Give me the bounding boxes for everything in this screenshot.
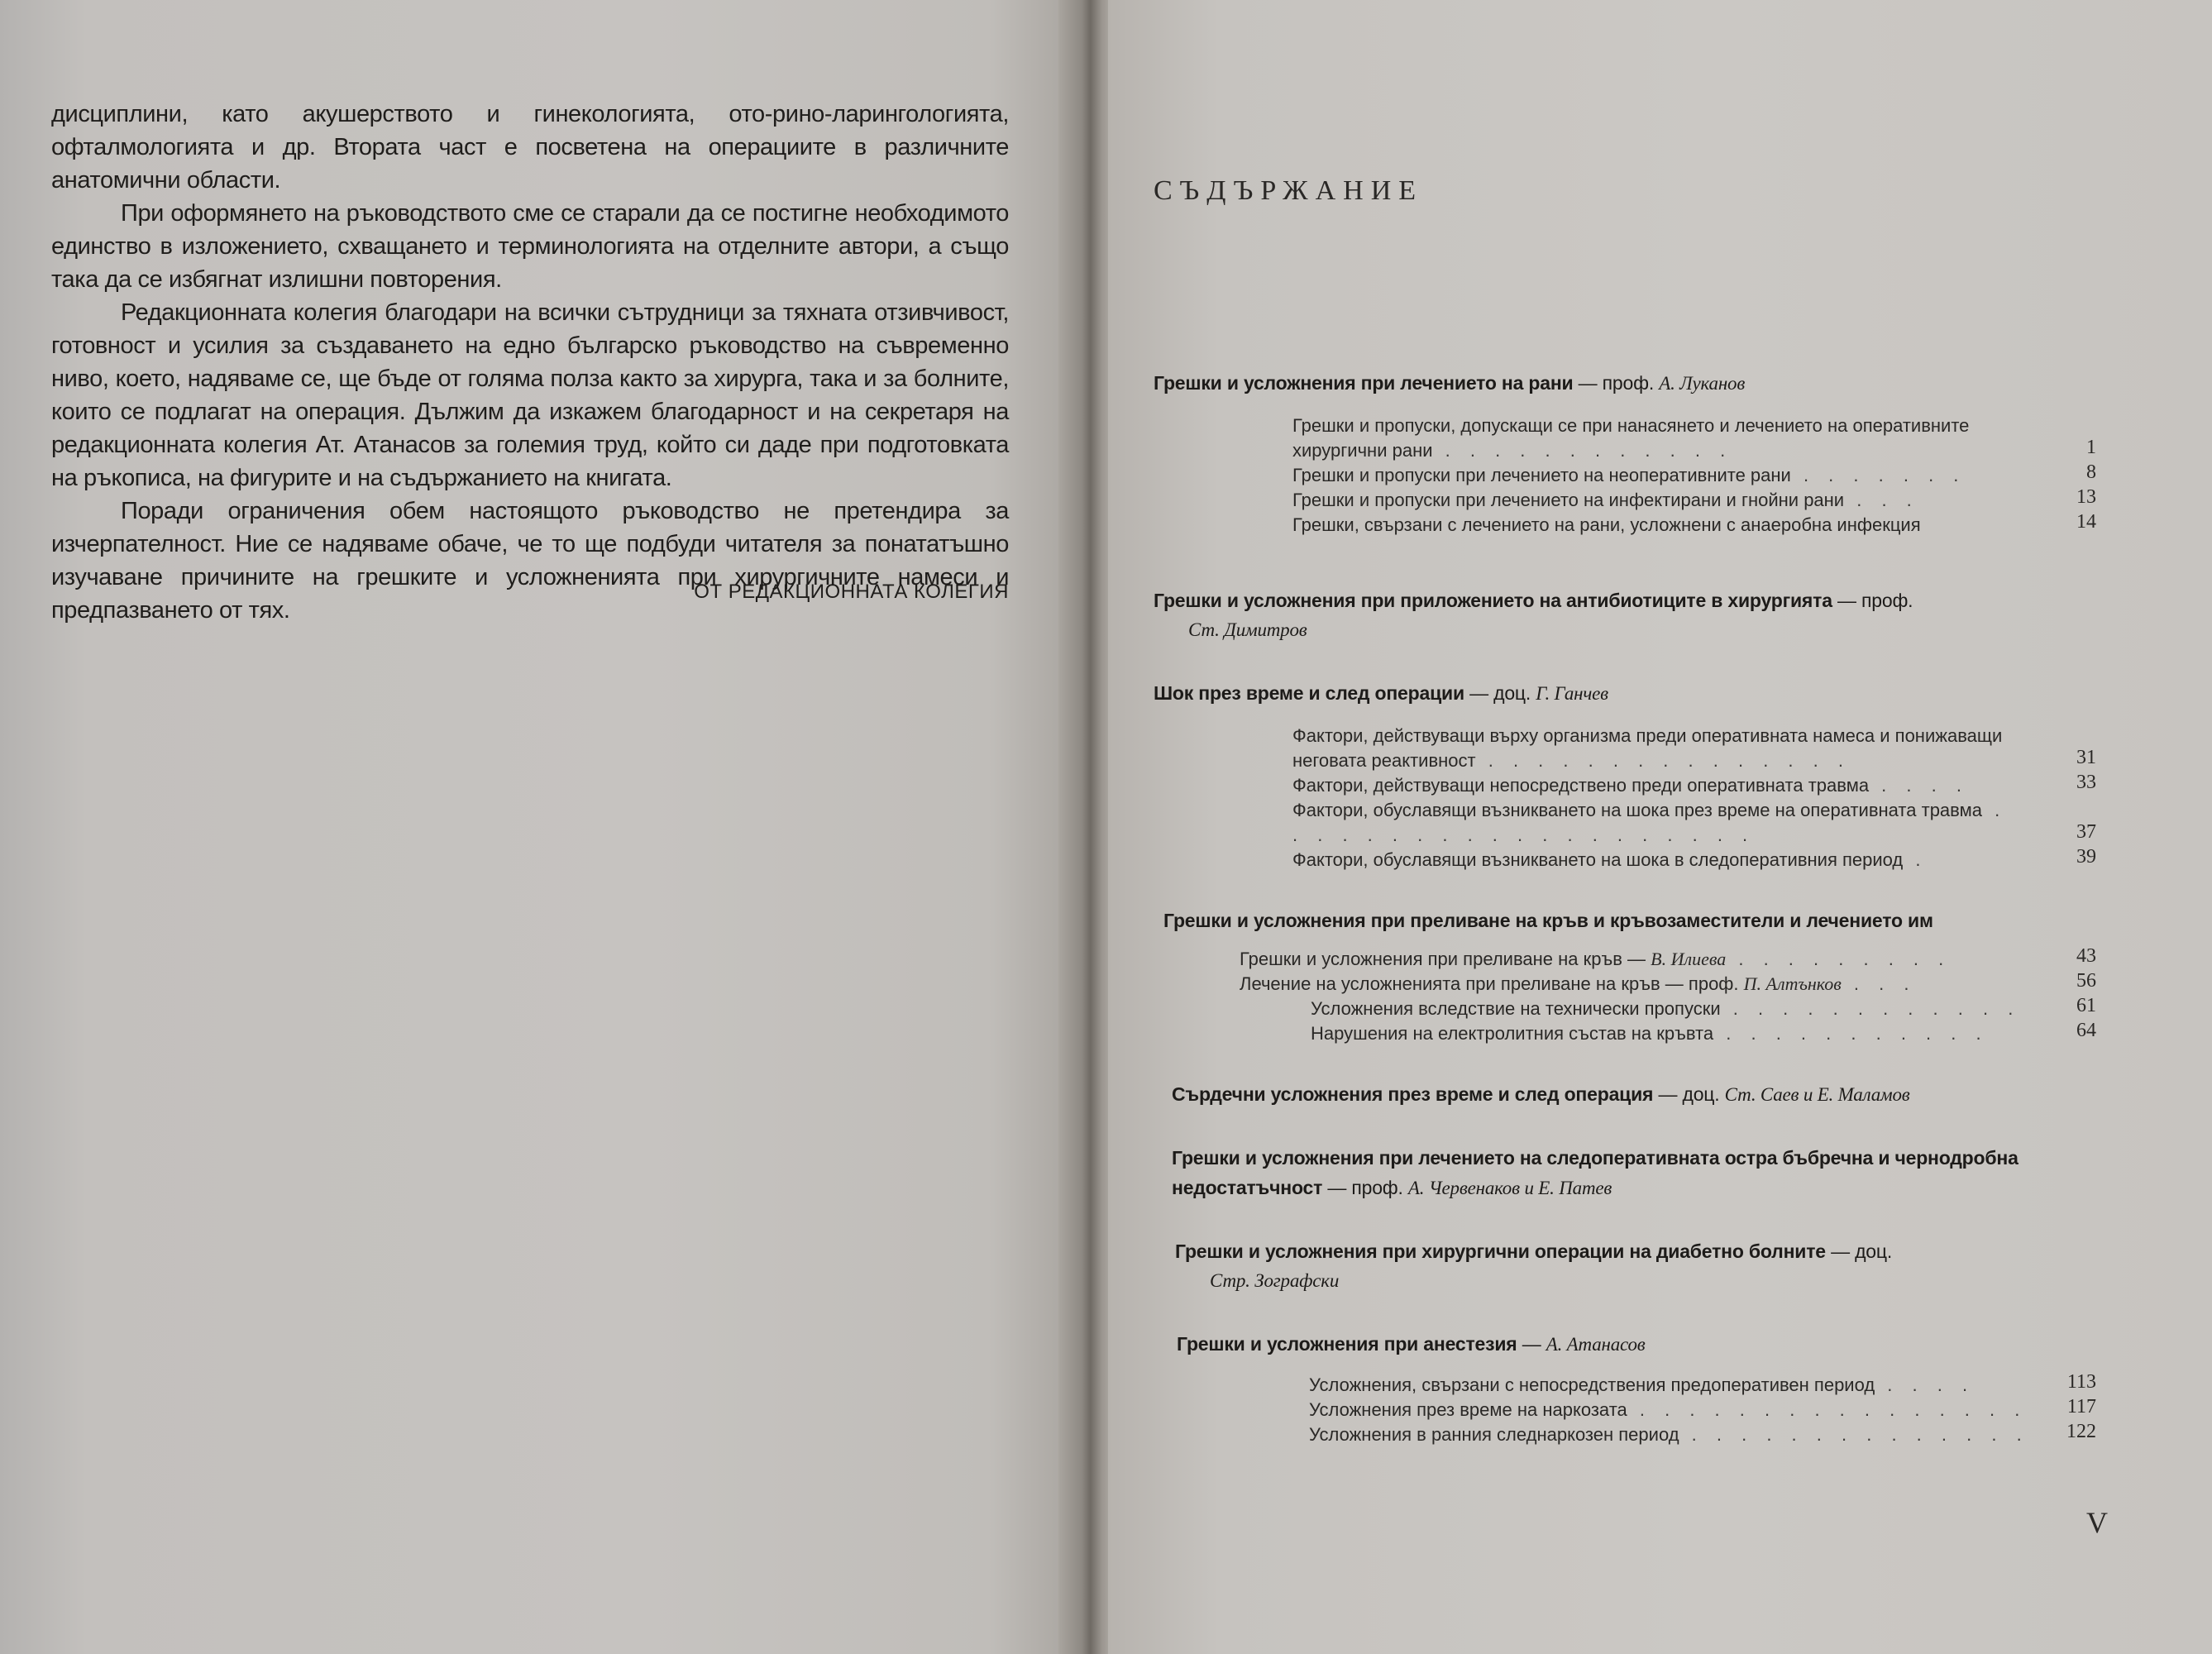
chapter-author: Ст. Саев и Е. Маламов xyxy=(1725,1084,1910,1105)
left-page: дисциплини, като акушерството и гинеколо… xyxy=(0,0,1075,1654)
toc-subentry: Усложнения в ранния следнаркозен период … xyxy=(1177,1422,2105,1447)
subentry-role: проф. xyxy=(1689,973,1739,994)
page-number: 33 xyxy=(2076,770,2096,795)
page-number: 13 xyxy=(2076,485,2096,509)
author-role: проф. xyxy=(1351,1177,1402,1198)
toc-subentry: Усложнения вследствие на технически проп… xyxy=(1163,997,2105,1021)
subentry-text: Грешки и пропуски при лечението на инфек… xyxy=(1292,490,1844,510)
subentry-text: Усложнения, свързани с непосредствения п… xyxy=(1309,1374,1875,1395)
toc-chapter: Грешки и усложнения при преливане на кръ… xyxy=(1154,906,2105,1046)
chapter-heading: Сърдечни усложнения през време и след оп… xyxy=(1172,1079,2105,1110)
toc-chapter: Сърдечни усложнения през време и след оп… xyxy=(1154,1079,2105,1110)
chapter-heading: Грешки и усложнения при преливане на кръ… xyxy=(1163,906,2105,935)
toc-chapter: Грешки и усложнения при лечението на ран… xyxy=(1154,368,2105,538)
preface-text: дисциплини, като акушерството и гинеколо… xyxy=(51,98,1009,627)
page-number: 14 xyxy=(2076,509,2096,534)
page-number: 39 xyxy=(2076,844,2096,869)
subentry-text: Усложнения в ранния следнаркозен период xyxy=(1309,1424,1679,1445)
chapter-heading: Грешки и усложнения при анестезия — А. А… xyxy=(1177,1329,2105,1360)
toc-chapter: Шок през време и след операции — доц. Г.… xyxy=(1154,678,2105,872)
toc-subentry: Усложнения през време на наркозата . . .… xyxy=(1177,1398,2105,1422)
toc-subentry: Грешки и усложнения при преливане на кръ… xyxy=(1163,947,2105,972)
chapter-title: Грешки и усложнения при преливане на кръ… xyxy=(1163,910,1933,931)
page-number: 37 xyxy=(2076,820,2096,844)
toc-subentry: Фактори, действуващи непосредствено пред… xyxy=(1154,773,2105,798)
toc-chapter: Грешки и усложнения при хирургични опера… xyxy=(1154,1236,2105,1296)
author-role: доц. xyxy=(1682,1083,1719,1105)
chapter-author: А. Атанасов xyxy=(1546,1334,1646,1355)
page-number: 61 xyxy=(2076,993,2096,1018)
toc-chapter: Грешки и усложнения при анестезия — А. А… xyxy=(1154,1329,2105,1447)
toc-subentry: Нарушения на електролитния състав на кръ… xyxy=(1163,1021,2105,1046)
toc-subentry: Усложнения, свързани с непосредствения п… xyxy=(1177,1373,2105,1398)
subentry-text: Грешки, свързани с лечението на рани, ус… xyxy=(1292,514,1921,535)
page-number: 31 xyxy=(2076,745,2096,770)
toc-subentry: Грешки и пропуски, допускащи се при нана… xyxy=(1154,413,2105,463)
editorial-signature: ОТ РЕДАКЦИОННАТА КОЛЕГИЯ xyxy=(51,581,1009,604)
subentry-author: В. Илиева xyxy=(1651,949,1726,969)
chapter-heading: Шок през време и след операции — доц. Г.… xyxy=(1154,678,2105,709)
subentry-text: Усложнения вследствие на технически проп… xyxy=(1311,998,1721,1019)
page-number: 8 xyxy=(2086,460,2096,485)
toc-subentry: Фактори, обуславящи възникването на шока… xyxy=(1154,798,2105,848)
page-number: 56 xyxy=(2076,968,2096,993)
author-role: проф. xyxy=(1861,590,1913,611)
toc-subentry: Грешки, свързани с лечението на рани, ус… xyxy=(1154,513,2105,538)
chapter-heading: Грешки и усложнения при приложението на … xyxy=(1154,586,2105,645)
page-number: 1 xyxy=(2086,435,2096,460)
page-number: 113 xyxy=(2067,1370,2096,1394)
subentry-text: Фактори, обуславящи възникването на шока… xyxy=(1292,800,1982,820)
chapter-author: Ст. Димитров xyxy=(1154,615,2105,645)
chapter-title: Грешки и усложнения при хирургични опера… xyxy=(1175,1240,1826,1262)
page-number: 117 xyxy=(2067,1394,2096,1419)
paragraph: Редакционната колегия благодари на всичк… xyxy=(51,296,1009,495)
author-role: доц. xyxy=(1493,682,1531,704)
table-of-contents: Грешки и усложнения при лечението на ран… xyxy=(1154,368,2105,1480)
page-number: 64 xyxy=(2076,1018,2096,1043)
subentry-text: Фактори, обуславящи възникването на шока… xyxy=(1292,849,1903,870)
subentry-author: П. Алтънков xyxy=(1744,973,1842,994)
chapter-author: Г. Ганчев xyxy=(1536,683,1608,704)
chapter-author: Стр. Зографски xyxy=(1175,1266,2105,1296)
toc-subentry: Фактори, обуславящи възникването на шока… xyxy=(1154,848,2105,872)
chapter-author: А. Червенаков и Е. Патев xyxy=(1408,1178,1612,1198)
toc-chapter: Грешки и усложнения при приложението на … xyxy=(1154,586,2105,645)
paragraph: дисциплини, като акушерството и гинеколо… xyxy=(51,98,1009,197)
chapter-heading: Грешки и усложнения при лечението на сле… xyxy=(1172,1143,2105,1203)
chapter-title: Грешки и усложнения при лечението на ран… xyxy=(1154,372,1573,394)
subentry-text: Грешки и усложнения при преливане на кръ… xyxy=(1240,949,1622,969)
subentry-text: Нарушения на електролитния състав на кръ… xyxy=(1311,1023,1713,1044)
toc-subentry: Лечение на усложненията при преливане на… xyxy=(1163,972,2105,997)
chapter-title: Сърдечни усложнения през време и след оп… xyxy=(1172,1083,1653,1105)
toc-subentry: Грешки и пропуски при лечението на неопе… xyxy=(1154,463,2105,488)
subentry-text: Усложнения през време на наркозата xyxy=(1309,1399,1627,1420)
chapter-author: А. Луканов xyxy=(1659,373,1745,394)
chapter-heading: Грешки и усложнения при лечението на ран… xyxy=(1154,368,2105,399)
chapter-title: Грешки и усложнения при приложението на … xyxy=(1154,590,1832,611)
author-role: доц. xyxy=(1855,1240,1892,1262)
toc-subentry: Грешки и пропуски при лечението на инфек… xyxy=(1154,488,2105,513)
subentry-text: Грешки и пропуски при лечението на неопе… xyxy=(1292,465,1791,485)
toc-chapter: Грешки и усложнения при лечението на сле… xyxy=(1154,1143,2105,1203)
subentry-text: Лечение на усложненията при преливане на… xyxy=(1240,973,1660,994)
page-number-roman: V xyxy=(2086,1505,2108,1540)
paragraph: Поради ограничения обем настоящото ръков… xyxy=(51,495,1009,627)
chapter-title: Грешки и усложнения при анестезия xyxy=(1177,1333,1517,1355)
page-number: 122 xyxy=(2066,1419,2096,1444)
author-role: проф. xyxy=(1603,372,1654,394)
page-number: 43 xyxy=(2076,944,2096,968)
chapter-title: Шок през време и след операции xyxy=(1154,682,1464,704)
chapter-heading: Грешки и усложнения при хирургични опера… xyxy=(1175,1236,2105,1296)
paragraph: При оформянето на ръководството сме се с… xyxy=(51,197,1009,296)
toc-title: СЪДЪРЖАНИЕ xyxy=(1154,175,1423,207)
subentry-text: Фактори, действуващи непосредствено пред… xyxy=(1292,775,1869,796)
toc-subentry: Фактори, действуващи върху организма пре… xyxy=(1154,724,2105,773)
